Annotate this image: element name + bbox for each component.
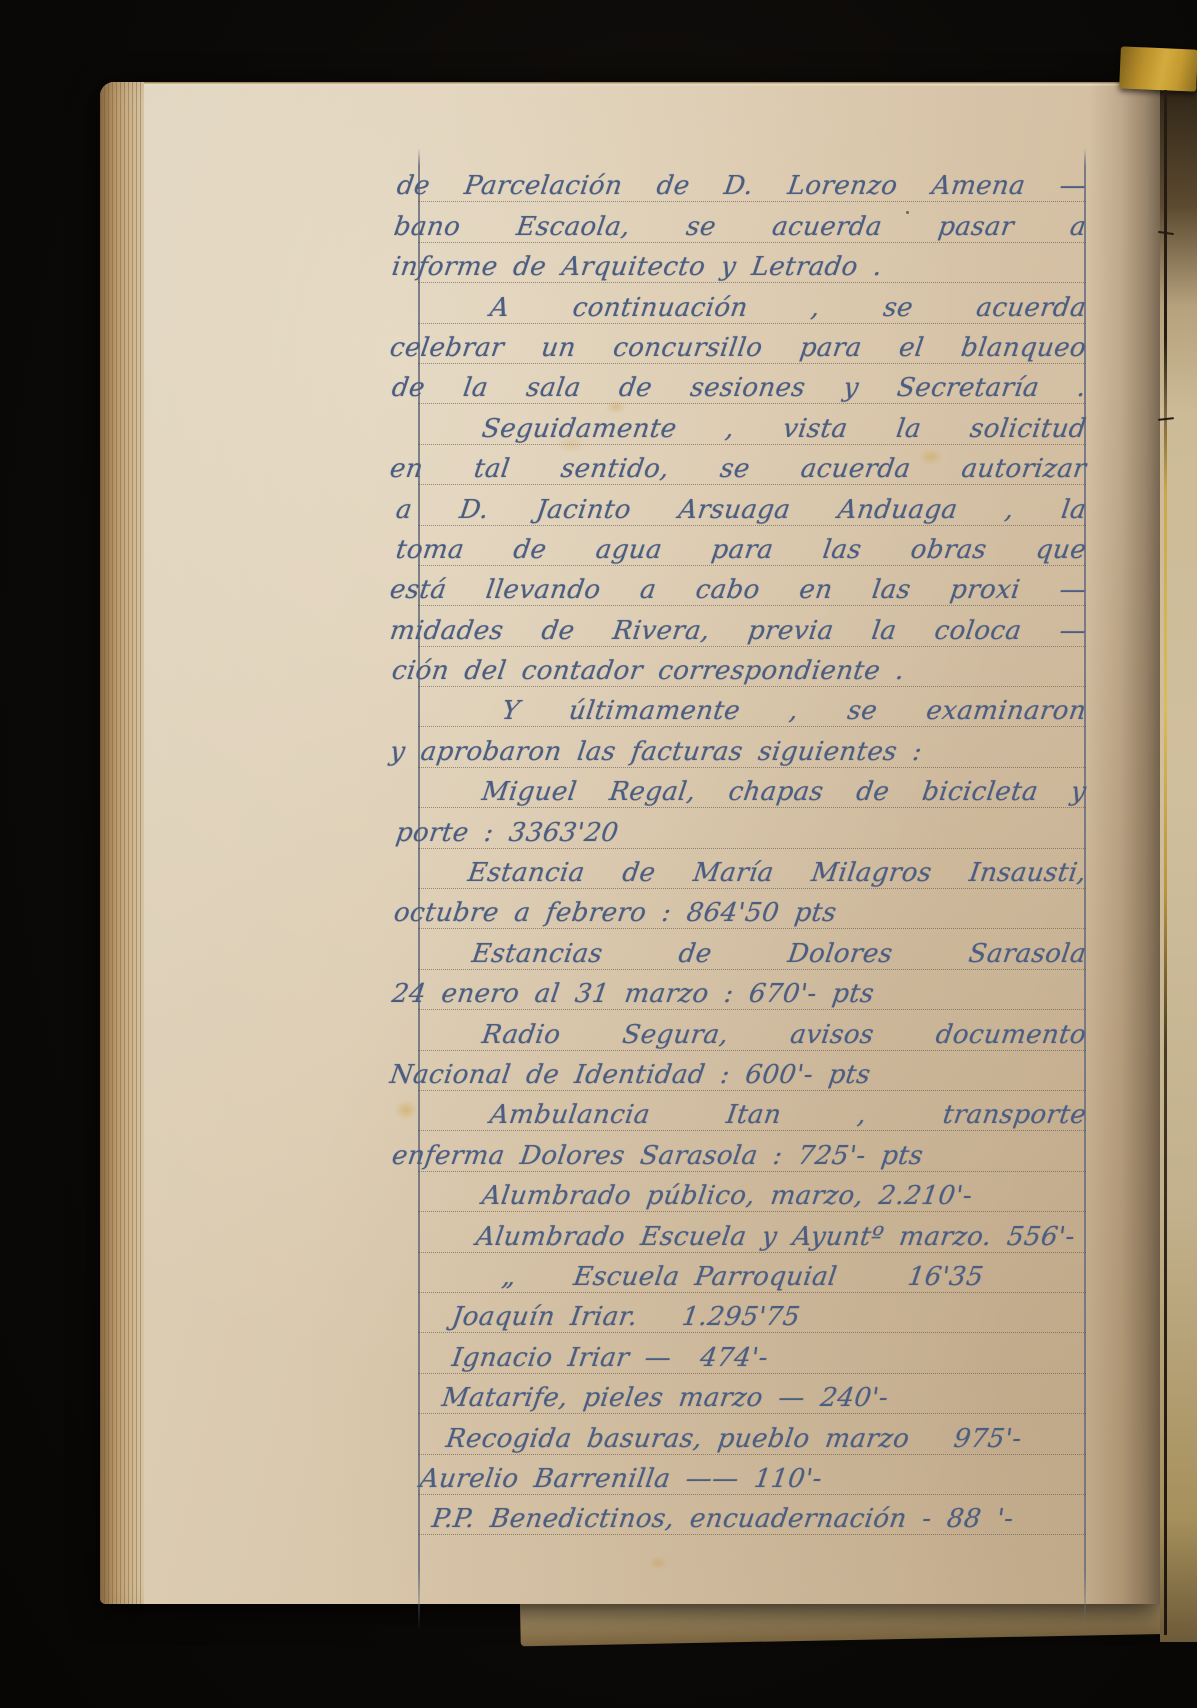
paper-stain	[648, 1556, 668, 1570]
manuscript-line: celebrar un concursillo para el blanqueo	[388, 323, 1084, 363]
manuscript-line: A continuación , se acuerda	[388, 282, 1084, 322]
manuscript-line: de la sala de sesiones y Secretaría .	[388, 363, 1084, 403]
photo-background: de Parcelación de D. Lorenzo Amena — ban…	[0, 0, 1197, 1708]
manuscript-line: Estancia de María Milagros Insausti,	[388, 848, 1084, 888]
manuscript-line: Ambulancia Itan , transporte	[388, 1090, 1084, 1130]
manuscript-line: enferma Dolores Sarasola : 725'- pts	[388, 1130, 1084, 1170]
manuscript-line: bano Escaola, se acuerda pasar a	[388, 201, 1084, 241]
manuscript-line: en tal sentido, se acuerda autorizar	[388, 444, 1084, 484]
manuscript-line: octubre a febrero : 864'50 pts	[388, 888, 1084, 928]
book-page: de Parcelación de D. Lorenzo Amena — ban…	[100, 82, 1162, 1604]
manuscript-line: toma de agua para las obras que	[388, 525, 1084, 565]
manuscript-line: informe de Arquitecto y Letrado .	[388, 242, 1084, 282]
manuscript-line: Estancias de Dolores Sarasola	[388, 928, 1084, 968]
manuscript-line: porte : 3363'20	[388, 807, 1084, 847]
manuscript-line: midades de Rivera, previa la coloca —	[388, 605, 1084, 645]
manuscript-line: de Parcelación de D. Lorenzo Amena —	[388, 161, 1084, 201]
manuscript-line: Alumbrado público, marzo, 2.210'-	[388, 1171, 1084, 1211]
handwritten-text-area: de Parcelación de D. Lorenzo Amena — ban…	[388, 161, 1084, 1534]
binding-cord	[1164, 90, 1167, 1635]
dust-speck	[906, 211, 909, 214]
manuscript-line: Joaquín Iriar. 1.295'75	[388, 1292, 1084, 1332]
manuscript-line: Matarife, pieles marzo — 240'-	[388, 1373, 1084, 1413]
manuscript-line: Alumbrado Escuela y Ayuntº marzo. 556'-	[388, 1211, 1084, 1251]
manuscript-line: Miguel Regal, chapas de bicicleta y	[388, 767, 1084, 807]
manuscript-line: Nacional de Identidad : 600'- pts	[388, 1050, 1084, 1090]
page-stack-edge	[100, 82, 144, 1604]
manuscript-line: a D. Jacinto Arsuaga Anduaga , la	[388, 484, 1084, 524]
gilt-book-edge	[1119, 46, 1197, 91]
manuscript-line: y aprobaron las facturas siguientes :	[388, 726, 1084, 766]
manuscript-line: Seguidamente , vista la solicitud	[388, 403, 1084, 443]
manuscript-line: „ Escuela Parroquial 16'35	[388, 1252, 1084, 1292]
manuscript-line: Aurelio Barrenilla —— 110'-	[388, 1454, 1084, 1494]
manuscript-line: P.P. Benedictinos, encuadernación - 88 '…	[388, 1494, 1084, 1534]
gutter-shadow	[1088, 82, 1162, 1604]
manuscript-line: ción del contador correspondiente .	[388, 646, 1084, 686]
manuscript-line: 24 enero al 31 marzo : 670'- pts	[388, 969, 1084, 1009]
manuscript-line: Y últimamente , se examinaron	[388, 686, 1084, 726]
manuscript-line: Recogida basuras, pueblo marzo 975'-	[388, 1413, 1084, 1453]
manuscript-line: Radio Segura, avisos documento	[388, 1009, 1084, 1049]
manuscript-line: Ignacio Iriar — 474'-	[388, 1332, 1084, 1372]
manuscript-line: está llevando a cabo en las proxi —	[388, 565, 1084, 605]
